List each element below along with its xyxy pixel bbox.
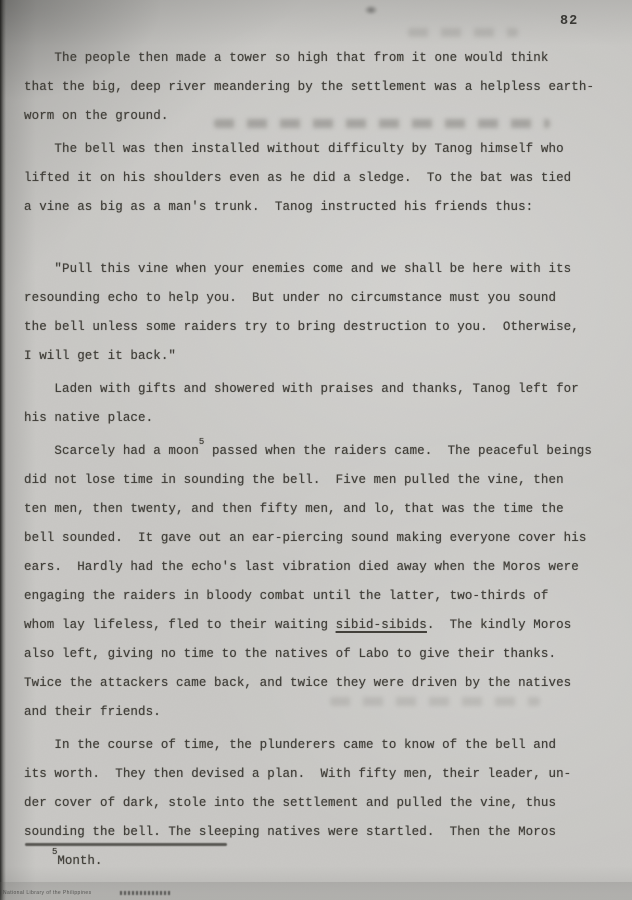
ink-blot: [364, 5, 378, 15]
text-line: whom lay lifeless, fled to their waiting…: [24, 611, 610, 640]
scan-edge-shadow: [0, 0, 6, 900]
text-line: the bell unless some raiders try to brin…: [24, 313, 610, 342]
text-line: a vine as big as a man's trunk. Tanog in…: [24, 193, 610, 222]
text-line: "Pull this vine when your enemies come a…: [24, 255, 610, 284]
footnote-separator-rule: [25, 843, 227, 846]
text-line: that the big, deep river meandering by t…: [24, 73, 610, 102]
ghost-text-impression: [408, 28, 518, 37]
text-line: his native place.: [24, 404, 610, 433]
footnote-text: 5Month.: [52, 851, 102, 871]
text-block: The people then made a tower so high tha…: [24, 44, 610, 851]
text-line: bell sounded. It gave out an ear-piercin…: [24, 524, 610, 553]
library-watermark: National Library of the Philippines: [3, 890, 92, 896]
paragraph: "Pull this vine when your enemies come a…: [24, 255, 610, 371]
text-line: ten men, then twenty, and then fifty men…: [24, 495, 610, 524]
text-line: der cover of dark, stole into the settle…: [24, 789, 610, 818]
paragraph: The bell was then installed without diff…: [24, 135, 610, 251]
text-line: did not lose time in sounding the bell. …: [24, 466, 610, 495]
text-line: also left, giving no time to the natives…: [24, 640, 610, 669]
text-line: engaging the raiders in bloody combat un…: [24, 582, 610, 611]
paragraph: The people then made a tower so high tha…: [24, 44, 610, 131]
page-number: 82: [560, 14, 578, 29]
text-line: The bell was then installed without diff…: [24, 135, 610, 164]
paragraph: Laden with gifts and showered with prais…: [24, 375, 610, 433]
text-line: worm on the ground.: [24, 102, 610, 131]
text-line: resounding echo to help you. But under n…: [24, 284, 610, 313]
text-line: and their friends.: [24, 698, 610, 727]
text-line: In the course of time, the plunderers ca…: [24, 731, 610, 760]
text-line: The people then made a tower so high tha…: [24, 44, 610, 73]
paragraph: In the course of time, the plunderers ca…: [24, 731, 610, 847]
text-line: Scarcely had a moon5 passed when the rai…: [24, 437, 610, 466]
text-line: I will get it back.": [24, 342, 610, 371]
text-line: [24, 222, 610, 251]
paragraph: Scarcely had a moon5 passed when the rai…: [24, 437, 610, 727]
text-line: Twice the attackers came back, and twice…: [24, 669, 610, 698]
text-line: Laden with gifts and showered with prais…: [24, 375, 610, 404]
scanned-page: 82 The people then made a tower so high …: [0, 0, 632, 900]
scan-bottom-band: [0, 882, 632, 900]
footer-code-smudge: [120, 891, 172, 895]
text-line: its worth. They then devised a plan. Wit…: [24, 760, 610, 789]
text-line: lifted it on his shoulders even as he di…: [24, 164, 610, 193]
text-line: ears. Hardly had the echo's last vibrati…: [24, 553, 610, 582]
